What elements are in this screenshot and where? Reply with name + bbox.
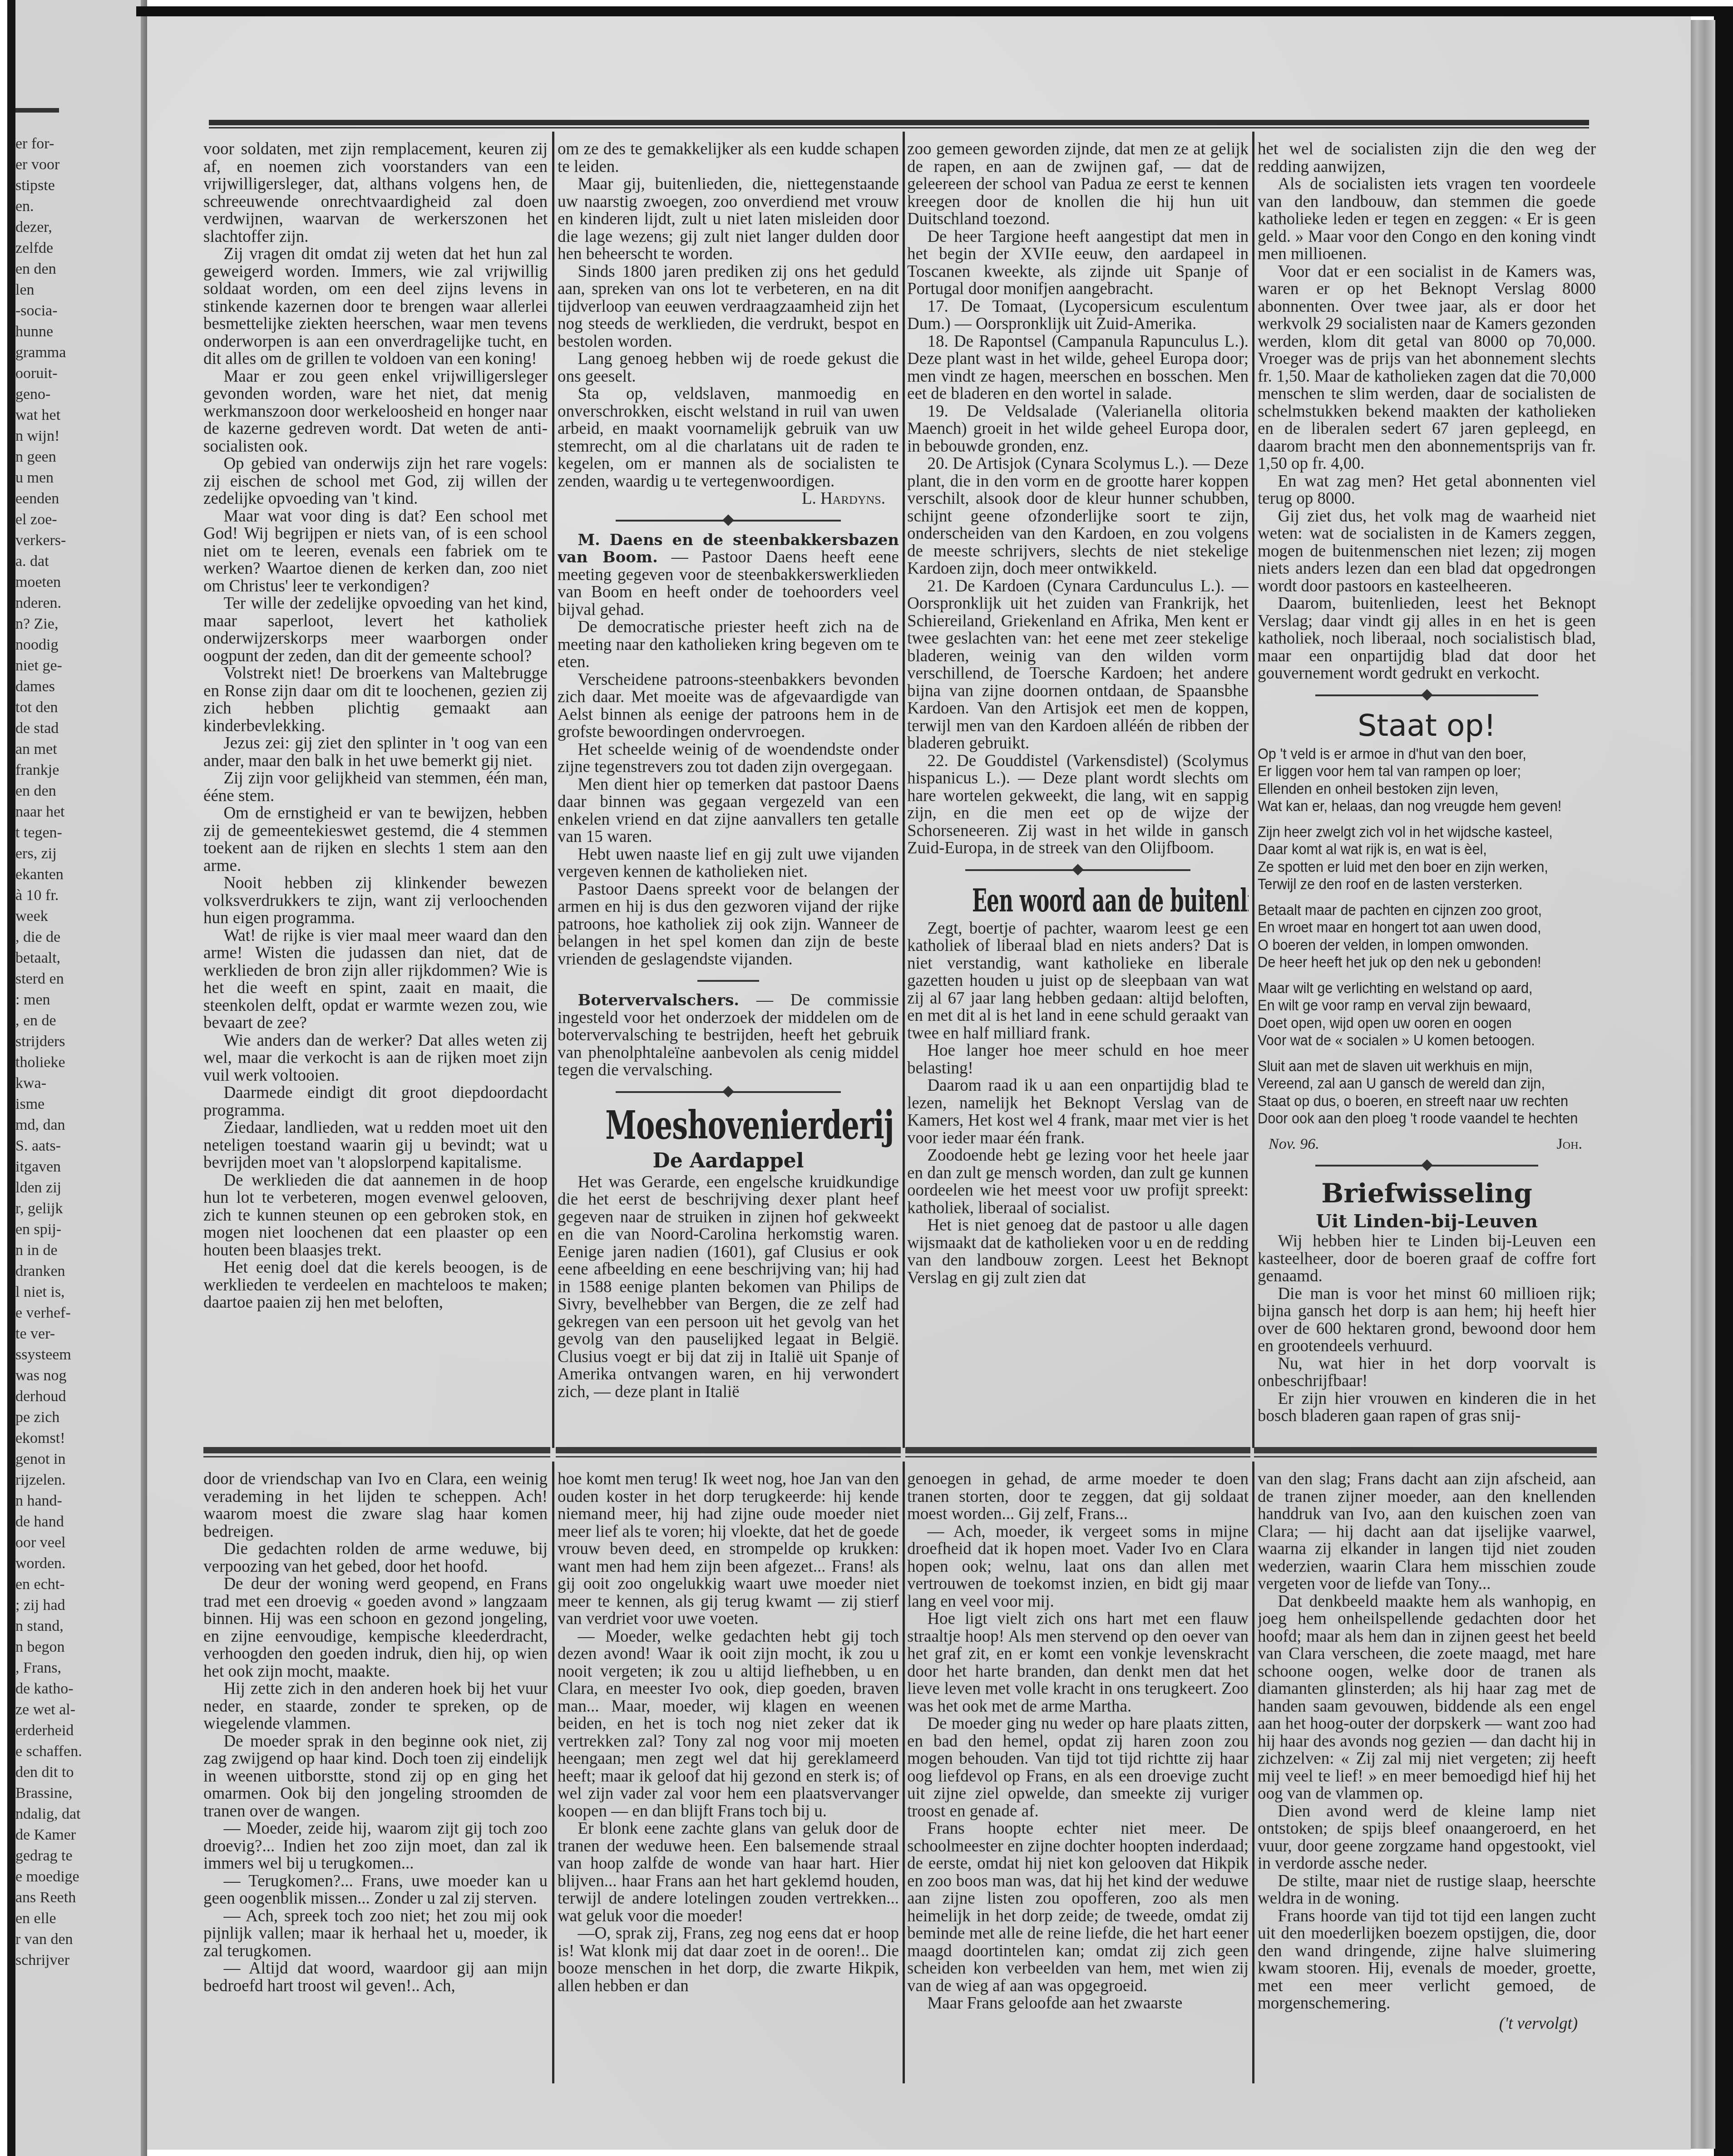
previous-page-fragment: de Kamer [15,1827,76,1843]
poem-stanza: Sluit aan met de slaven uit werkhuis en … [1258,1058,1572,1127]
previous-page-fragment: worden. [15,1556,65,1571]
previous-page-fragment: e verhef- [15,1305,71,1321]
previous-page-fragment: ekanten [15,867,64,882]
paragraph: 21. De Kardoen (Cynara Cardunculus L.). … [907,578,1249,753]
column-1-article: voor soldaten, met zijn remplacement, ke… [203,141,548,1443]
poem-title: Staat op! [1258,706,1596,745]
previous-page-fragment: er for- [15,136,54,152]
paragraph: Voor dat er een socialist in de Kamers w… [1258,263,1596,473]
paragraph: Wie anders dan de werker? Dat alles wete… [203,1032,548,1085]
poem-footer: Nov. 96. Joh. [1258,1136,1596,1153]
previous-page-fragment: en echt- [15,1577,65,1592]
previous-page-fragment: kwa- [15,1076,46,1091]
column-2: om ze des te gemakkelijker als een kudde… [558,141,899,1443]
paragraph: Dien avond werd de kleine lamp niet onts… [1258,1803,1596,1873]
paragraph: Die gedachten rolden de arme weduwe, bij… [203,1541,548,1575]
poem-line: Terwijl ze den roof en de lasten verster… [1258,876,1572,893]
paragraph: — Moeder, welke gedachten hebt gij toch … [558,1628,899,1821]
section-title-briefwisseling: Briefwisseling [1258,1176,1596,1210]
previous-page-fragment: genot in [15,1452,65,1467]
previous-page-fragment: gramma [15,345,66,360]
paragraph: Hij zette zich in den anderen hoek bij h… [203,1680,548,1733]
previous-page-fragment: pe zich [15,1410,59,1425]
paragraph: Er blonk eene zachte glans van geluk doo… [558,1820,899,1925]
article-daens: M. Daens en de steenbakkersbazen van Boo… [558,532,899,969]
paragraph: Zegt, boertje of pachter, waarom leest g… [907,920,1249,1043]
previous-page-fragment: en den [15,783,56,799]
column-separator [1252,132,1254,1448]
paragraph: zoo gemeen geworden zijnde, dat men ze a… [907,141,1249,228]
poem-line: Op 't veld is er armoe in d'hut van den … [1258,745,1572,763]
paragraph: door de vriendschap van Ivo en Clara, ee… [203,1471,548,1541]
paragraph: De stilte, maar niet de rustige slaap, h… [1258,1873,1596,1908]
paragraph: 17. De Tomaat, (Lycopersicum esculentum … [907,298,1249,333]
paragraph: — Ach, spreek toch zoo niet; het zou mij… [203,1908,548,1960]
previous-page-fragment: n in de [15,1243,58,1258]
previous-page-fragment: , Frans, [15,1660,61,1676]
poem-line: Wat kan er, helaas, dan nog vreugde hem … [1258,797,1572,815]
previous-page-fragment: ze wet al- [15,1702,75,1718]
previous-page-fragment: lden zij [15,1180,61,1196]
paragraph: Men dient hier op temerken dat pastoor D… [558,776,899,846]
paragraph: Maar gij, buitenlieden, die, niettegenst… [558,176,899,263]
poem-line: De heer heeft het juk op den nek u gebon… [1258,954,1572,971]
section-subtitle: Uit Linden-bij-Leuven [1258,1210,1596,1233]
previous-page-fragment: nderen. [15,596,61,611]
paragraph: Verscheidene patroons-steenbakkers bevon… [558,671,899,741]
paragraph: Zij vragen dit omdat zij weten dat het h… [203,246,548,368]
page-stack-edge [1689,20,1715,2149]
previous-page-fragment: geno- [15,387,50,402]
previous-page-fragment: en elle [15,1911,56,1926]
previous-page-fragment: betaalt, [15,950,60,966]
previous-page-fragment: dezer, [15,220,52,235]
previous-page-fragment: -socia- [15,303,58,319]
paragraph: Jezus zei: gij ziet den splinter in 't o… [203,735,548,770]
section-band [905,1447,1250,1453]
section-band [203,1447,550,1453]
paragraph: —O, sprak zij, Frans, zeg nog eens dat e… [558,1925,899,1995]
previous-page-fragment: len [15,282,35,298]
previous-page-fragment: frankje [15,763,59,778]
paragraph: het wel de socialisten zijn die den weg … [1258,141,1596,176]
previous-page-fragment: en den [15,261,56,277]
previous-page-fragment: e moedige [15,1869,79,1885]
paragraph: om ze des te gemakkelijker als een kudde… [558,141,899,176]
poem-line: Staat op dus, o boeren, en streeft naar … [1258,1093,1572,1110]
paragraph: Maar Frans geloofde aan het zwaarste [907,1995,1249,2013]
paragraph: Volstrekt niet! De broerkens van Maltebr… [203,665,548,735]
previous-page-fragment: n geen [15,449,56,465]
poem-line: En wilt ge voor ramp en verval zijn bewa… [1258,997,1572,1014]
previous-page-fragment: ers, zij [15,846,57,861]
column-3: zoo gemeen geworden zijnde, dat men ze a… [907,141,1249,1443]
previous-page-fragment: ekomst! [15,1431,65,1446]
paragraph: genoegen in gehad, de arme moeder te doe… [907,1471,1249,1523]
column-4: het wel de socialisten zijn die den weg … [1258,141,1596,1443]
previous-page-fragment: gedrag te [15,1848,73,1864]
paragraph: En wat zag men? Het getal abonnenten vie… [1258,473,1596,508]
poem-author: Joh. [1557,1136,1596,1153]
poem-line: Ellenden en onheil bestoken zijn leven, [1258,780,1572,798]
paragraph: — Terugkomen?... Frans, uwe moeder kan u… [203,1873,548,1908]
paragraph: De werklieden die dat aannemen in de hoo… [203,1172,548,1260]
paragraph: Nu, wat hier in het dorp voorvalt is onb… [1258,1355,1596,1390]
previous-page-fragment: stipste [15,178,55,193]
previous-page-fragment: week [15,909,48,924]
poem: Op 't veld is er armoe in d'hut van den … [1258,745,1572,1127]
poem-line: Sluit aan met de slaven uit werkhuis en … [1258,1058,1572,1075]
poem-line: Er liggen voor hem tal van rampen op loe… [1258,763,1572,780]
previous-page-fragment: l niet is, [15,1285,65,1300]
paragraph: Het eenig doel dat die kerels beoogen, i… [203,1259,548,1312]
paragraph: Dat denkbeeld maakte hem als wanhopig, e… [1258,1593,1596,1803]
column-separator [903,1462,905,2083]
previous-page-fragment: was nog [15,1368,66,1383]
previous-page-fragment: ; zij had [15,1598,65,1613]
previous-page-fragment: oor veel [15,1535,65,1551]
paragraph: Het scheelde weinig of de woendendste on… [558,741,899,776]
poem-line: Door ook aan den ploeg 't roode vaandel … [1258,1110,1572,1127]
column-separator [552,1462,554,2083]
section-title-woord: Een woord aan de buitenlieden [972,881,1184,920]
column-separator [1252,1462,1254,2083]
previous-page-fragment: , en de [15,1013,56,1029]
paragraph: Sinds 1800 jaren prediken zij ons het ge… [558,263,899,351]
paragraph: Er zijn hier vrouwen en kinderen die in … [1258,1390,1596,1425]
column-separator [552,132,554,1448]
previous-page-fragment: wat het [15,408,60,423]
previous-page-fragment: an met [15,742,57,757]
previous-page-fragment: dranken [15,1264,65,1279]
previous-page-fragment: den dit to [15,1765,74,1780]
previous-page-fragment: ssysteem [15,1347,71,1363]
previous-page-fragment: erderheid [15,1723,74,1738]
feuilleton-column-4: van den slag; Frans dacht aan zijn afsch… [1258,1471,1596,2097]
poem-line: Vereend, zal aan U gansch de wereld dan … [1258,1075,1572,1093]
poem-line: Daar komt al wat rijk is, en wat is èel, [1258,841,1572,858]
poem-line: Voor wat de « socialen » U komen betooge… [1258,1032,1572,1049]
article-lead: Botervervalschers. [578,991,739,1009]
scanner-frame-left [7,0,16,2156]
previous-page-fragment: en. [15,199,34,214]
rule [15,108,59,113]
scanner-frame-right [1714,6,1733,2156]
previous-page-fragment: Brassine, [15,1786,73,1801]
previous-page-fragment: dames [15,679,55,694]
paragraph: 18. De Rapontsel (Campanula Rapunculus L… [907,333,1249,403]
previous-page-fragment: en spij- [15,1222,61,1237]
paragraph: De moeder sprak in den beginne ook niet,… [203,1733,548,1821]
previous-page-fragment: u men [15,470,54,486]
previous-page-fragment: naar het [15,804,65,820]
top-rule [209,120,1589,125]
previous-page-fragment: t tegen- [15,825,62,841]
paragraph: Maar er zou geen enkel vrijwilligerslege… [203,368,548,456]
paragraph: — Altijd dat woord, waardoor gij aan mij… [203,1960,548,1995]
paragraph: Het is niet genoeg dat de pastoor u alle… [907,1217,1249,1287]
previous-page-fragment: er voor [15,157,59,172]
paragraph: De democratische priester heeft zich na … [558,619,899,671]
previous-page-fragment: sterd en [15,971,64,987]
previous-page-fragment: rijzelen. [15,1472,65,1488]
paragraph: — Ach, moeder, ik vergeet soms in mijne … [907,1523,1249,1611]
poem-stanza: Maar wilt ge verlichting en welstand op … [1258,980,1572,1049]
paragraph: Maar wat voor ding is dat? Een school me… [203,508,548,596]
paragraph: Frans hoorde van tijd tot tijd een lange… [1258,1908,1596,2013]
paragraph: Nooit hebben zij klinkender bewezen volk… [203,875,548,927]
previous-page-fragment: moeten [15,575,61,590]
feuilleton-column-2: hoe komt men terug! Ik weet nog, hoe Jan… [558,1471,899,2083]
section-title-moeshovenierderij: Moeshovenierderij [605,1103,851,1148]
continued-note: ('t vervolgt) [1258,2015,1596,2033]
paragraph: Die man is voor het minst 60 millioen ri… [1258,1285,1596,1355]
previous-page-fragment: , die de [15,930,60,945]
paragraph: De moeder ging nu weder op hare plaats z… [907,1715,1249,1820]
column-separator [903,132,905,1448]
paragraph: 19. De Veldsalade (Valerianella olitoria… [907,403,1249,456]
paragraph: Wat! de rijke is vier maal meer waard da… [203,927,548,1032]
paragraph: Wij hebben hier te Linden bij-Leuven een… [1258,1233,1596,1285]
previous-page-fragment: el zoe- [15,512,57,527]
previous-page-fragment: niet ge- [15,658,62,674]
section-band-thin [1254,1456,1597,1457]
poem-line: Ze spotten er luid met den boer en zijn … [1258,858,1572,876]
paragraph: De heer Targione heeft aangestipt dat me… [907,228,1249,298]
previous-page-fragment: md, dan [15,1117,65,1133]
poem-line: Betaalt maar de pachten en cijnzen zoo g… [1258,901,1572,919]
section-band [1254,1447,1597,1453]
previous-page-fragment: tholieke [15,1055,65,1070]
signature: L. Hardyns. [558,490,899,508]
paragraph: Ter wille der zedelijke opvoeding van he… [203,595,548,665]
paragraph: Daarmede eindigt dit groot diepdoordacht… [203,1084,548,1119]
poem-line: O boeren der velden, in lompen omwonden. [1258,936,1572,954]
paragraph: Hoe ligt vielt zich ons hart met een fla… [907,1610,1249,1715]
ornament-divider [616,1091,841,1093]
paragraph: Lang genoeg hebben wij de roede gekust d… [558,350,899,385]
paragraph: van den slag; Frans dacht aan zijn afsch… [1258,1471,1596,1593]
paragraph: Op gebied van onderwijs zijn het rare vo… [203,455,548,508]
poem-date: Nov. 96. [1258,1136,1319,1153]
short-divider [697,980,759,982]
previous-page-fragment: n? Zie, [15,616,58,632]
previous-page-fragment: tot den [15,700,58,715]
previous-page-fragment: zelfde [15,241,53,256]
previous-page-fragment: de katho- [15,1681,73,1697]
previous-page-fragment: noodig [15,637,58,653]
previous-page-fragment: de hand [15,1514,64,1530]
paragraph: 22. De Gouddistel (Varkensdistel) (Scoly… [907,753,1249,857]
paragraph: Frans hoopte echter niet meer. De school… [907,1820,1249,1995]
previous-page-edge: er for-er voorstipsteen.dezer,zelfdeen d… [15,0,147,2156]
paragraph: Als de socialisten iets vragen ten voord… [1258,176,1596,263]
previous-page-fragment: verkers- [15,533,66,548]
previous-page-fragment: n wijn! [15,428,59,444]
paragraph: Daarom raad ik u aan een onpartijdig bla… [907,1077,1249,1147]
paragraph: Gij ziet dus, het volk mag de waarheid n… [1258,508,1596,596]
paragraph: Daarom, buitenlieden, leest het Beknopt … [1258,595,1596,683]
paragraph: hoe komt men terug! Ik weet nog, hoe Jan… [558,1471,899,1628]
feuilleton-column-3: genoegen in gehad, de arme moeder te doe… [907,1471,1249,2083]
previous-page-fragment: ooruit- [15,366,58,381]
previous-page-fragment: te ver- [15,1326,55,1342]
paragraph: Hebt uwen naaste lief en gij zult uwe vi… [558,846,899,881]
previous-page-fragment: n begon [15,1639,65,1655]
poem-line: Doet open, wijd open uw ooren en oogen [1258,1014,1572,1032]
paragraph: Zij zijn voor gelijkheid van stemmen, éé… [203,770,548,805]
previous-page-fragment: derhoud [15,1389,66,1404]
poem-stanza: Op 't veld is er armoe in d'hut van den … [1258,745,1572,815]
previous-page-fragment: n stand, [15,1619,64,1634]
previous-page-fragment: a. dat [15,554,49,569]
poem-stanza: Zijn heer zwelgt zich vol in het wijdsch… [1258,823,1572,893]
previous-page-fragment: à 10 fr. [15,888,59,903]
section-band-thin [905,1456,1250,1457]
previous-page-fragment: strijders [15,1034,65,1049]
previous-page-fragment: ans Reeth [15,1890,76,1905]
paragraph: voor soldaten, met zijn remplacement, ke… [203,141,548,246]
article-text: Het was Gerarde, een engelsche kruidkund… [558,1174,899,1401]
feuilleton-column-1: door de vriendschap van Ivo en Clara, ee… [203,1471,548,2083]
previous-page-fragment: S. aats- [15,1138,61,1154]
previous-page-fragment: : men [15,992,50,1008]
previous-page-fragment: ndalig, dat [15,1807,81,1822]
paragraph: 20. De Artisjok (Cynara Scolymus L.). — … [907,455,1249,578]
paragraph: De deur der woning werd geopend, en Fran… [203,1575,548,1680]
previous-page-fragment: isme [15,1097,44,1112]
poem-stanza: Betaalt maar de pachten en cijnzen zoo g… [1258,901,1572,971]
paragraph: Om de ernstigheid er van te bewijzen, he… [203,805,548,875]
top-rule-thin [209,127,1589,128]
paragraph: Ziedaar, landlieden, wat u redden moet u… [203,1119,548,1172]
paragraph: Hoe langer hoe meer schuld en hoe meer b… [907,1042,1249,1077]
previous-page-fragment: n hand- [15,1493,62,1509]
scanner-frame-top [136,6,1716,16]
page-gutter [141,0,147,2156]
paragraph: — Moeder, zeide hij, waarom zijt gij toc… [203,1820,548,1873]
poem-line: Zijn heer zwelgt zich vol in het wijdsch… [1258,823,1572,841]
previous-page-fragment: e schaffen. [15,1744,82,1759]
ornament-divider [1315,694,1539,696]
previous-page-fragment: hunne [15,324,53,340]
paragraph: Sta op, veldslaven, manmoedig en onversc… [558,385,899,490]
poem-line: En wroet maar en hongert tot aan uwen do… [1258,919,1572,936]
paragraph: Pastoor Daens spreekt voor de belangen d… [558,881,899,969]
ornament-divider [965,869,1190,871]
poem-line: Maar wilt ge verlichting en welstand op … [1258,980,1572,997]
section-band [556,1447,901,1453]
previous-page-fragment: de stad [15,721,59,736]
section-subtitle: De Aardappel [558,1148,899,1174]
previous-page-fragment: schrijver [15,1953,69,1968]
previous-page-fragment: r, gelijk [15,1201,63,1216]
section-band-thin [556,1456,901,1457]
article-boter: Botervervalschers. — De commissie ingest… [558,992,899,1079]
paragraph: Zoodoende hebt ge lezing voor het heele … [907,1147,1249,1217]
ornament-divider [1315,1165,1539,1167]
section-band-thin [203,1456,550,1457]
previous-page-fragment: itgaven [15,1159,61,1175]
previous-page-fragment: r van den [15,1932,73,1947]
previous-page-fragment: eenden [15,491,59,507]
ornament-divider [616,520,841,522]
